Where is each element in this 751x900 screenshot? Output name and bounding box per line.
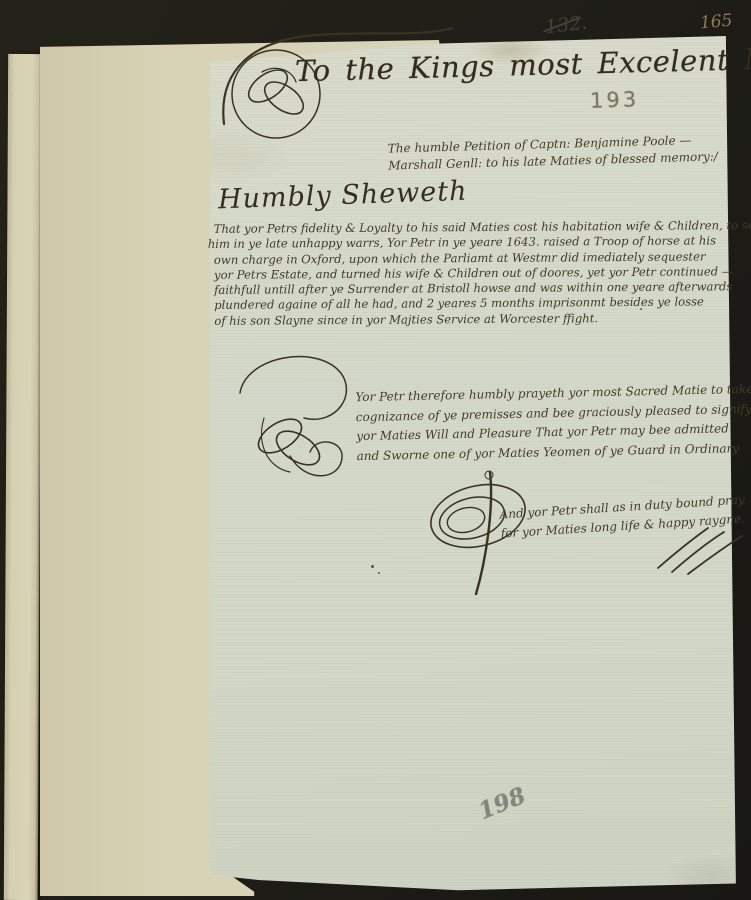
manuscript-scan: 132. 165 To the Kings most Excelent Maje… (0, 0, 751, 900)
archive-stamp-number: 193 (590, 87, 640, 113)
prayer-flourish-icon (228, 348, 373, 488)
petition-prayer: Yor Petr therefore humbly prayeth yor mo… (355, 380, 751, 466)
ink-speck (371, 565, 374, 568)
petition-body: That yor Petrs fidelity & Loyalty to his… (214, 218, 751, 329)
ink-speck (378, 572, 380, 574)
adjacent-page-edge (4, 54, 42, 900)
folio-number: 165 (699, 11, 733, 34)
ink-speck (640, 308, 642, 310)
folio-number-crossed-out: 132. (544, 12, 589, 39)
closing-zigzag-icon (650, 524, 748, 576)
